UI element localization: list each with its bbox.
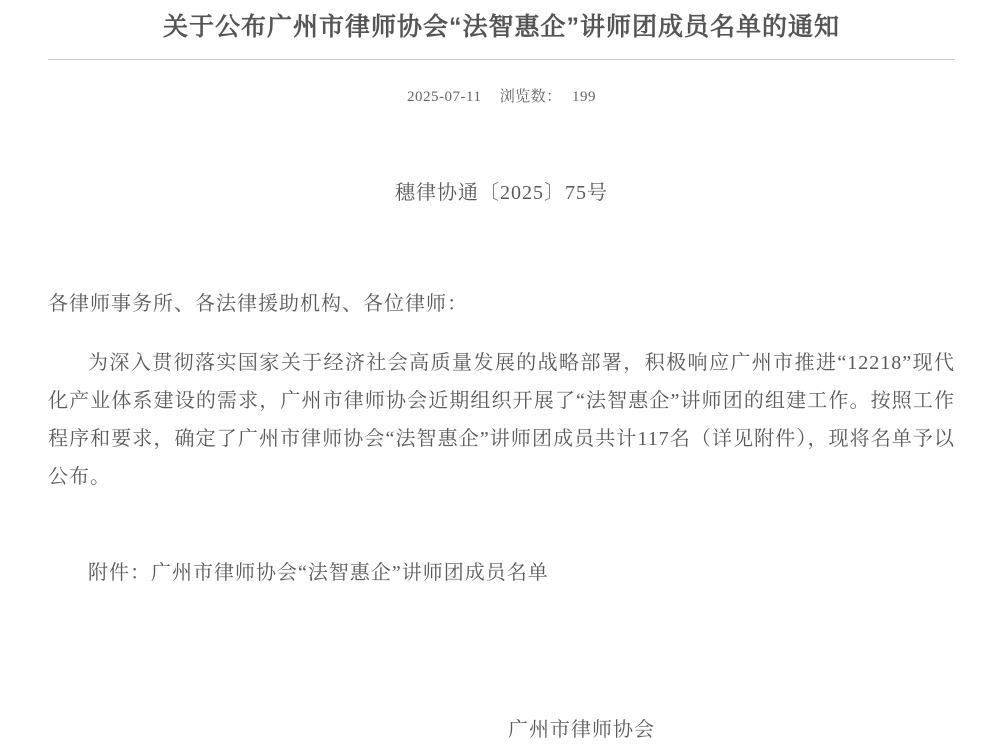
attachment-link[interactable]: 附件：广州市律师协会“法智惠企”讲师团成员名单 [48, 556, 955, 585]
notice-document: 关于公布广州市律师协会“法智惠企”讲师团成员名单的通知 2025-07-11 浏… [0, 0, 1000, 750]
publish-date: 2025-07-11 [407, 89, 481, 105]
meta-row: 2025-07-11 浏览数： 199 [48, 85, 955, 106]
signature-organization: 广州市律师协会 [508, 713, 955, 742]
salutation: 各律师事务所、各法律援助机构、各位律师： [48, 287, 955, 316]
title-divider [48, 59, 955, 60]
notice-title: 关于公布广州市律师协会“法智惠企”讲师团成员名单的通知 [48, 12, 955, 42]
body-paragraph: 为深入贯彻落实国家关于经济社会高质量发展的战略部署，积极响应广州市推进“1221… [48, 344, 955, 496]
page: { "notice": { "title": "关于公布广州市律师协会“法智惠企… [0, 0, 1000, 750]
views-label: 浏览数： [500, 89, 562, 105]
document-number: 穗律协通〔2025〕75号 [48, 176, 955, 205]
views-count: 199 [572, 89, 596, 105]
